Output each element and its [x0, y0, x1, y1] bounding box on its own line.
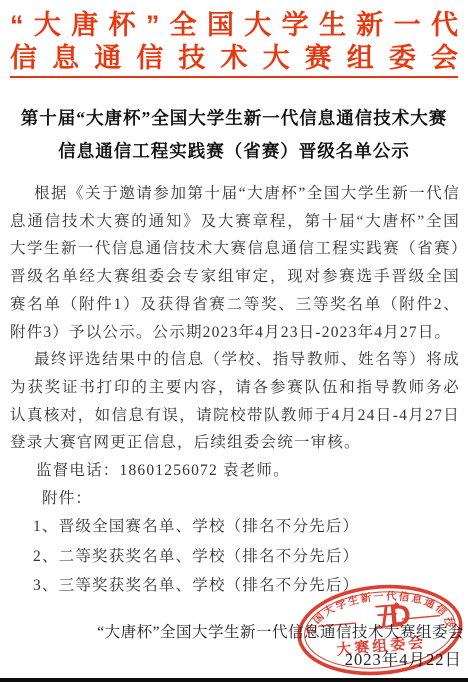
attachments-label: 附件：	[42, 485, 460, 513]
committee-letterhead: “大唐杯”全国大学生新一代 信息通信技术大赛组委会	[0, 0, 468, 78]
date-line: 2023年4月22日	[0, 648, 462, 672]
body-paragraph-2: 最终评选结果中的信息（学校、指导教师、姓名等）将成为获奖证书打印的主要内容，请各…	[10, 346, 460, 457]
document-title: 第十届“大唐杯”全国大学生新一代信息通信技术大赛 信息通信工程实践赛（省赛）晋级…	[8, 102, 460, 168]
supervision-phone-line: 监督电话：18601256072 袁老师。	[36, 457, 460, 485]
title-line-2: 信息通信工程实践赛（省赛）晋级名单公示	[8, 135, 460, 168]
title-line-1: 第十届“大唐杯”全国大学生新一代信息通信技术大赛	[8, 102, 460, 135]
announcement-page: “大唐杯”全国大学生新一代 信息通信技术大赛组委会 第十届“大唐杯”全国大学生新…	[0, 0, 468, 682]
document-body: 根据《关于邀请参加第十届“大唐杯”全国大学生新一代信息通信技术大赛的通知》及大赛…	[10, 180, 460, 600]
letterhead-divider	[10, 76, 458, 78]
letterhead-line-2: 信息通信技术大赛组委会	[10, 42, 458, 75]
seal-monogram-line-right	[402, 616, 440, 619]
page-bottom-border	[0, 678, 468, 682]
attachments-list: 1、晋级全国赛名单、学校（排名不分先后） 2、二等奖获奖名单、学校（排名不分先后…	[10, 512, 460, 600]
attachment-item-3: 3、三等奖获奖名单、学校（排名不分先后）	[33, 571, 460, 600]
letterhead-line-1: “大唐杯”全国大学生新一代	[10, 9, 458, 42]
signature-line: “大唐杯”全国大学生新一代信息通信技术大赛组委会	[0, 622, 464, 644]
attachment-item-2: 2、二等奖获奖名单、学校（排名不分先后）	[33, 542, 460, 571]
body-paragraph-1: 根据《关于邀请参加第十届“大唐杯”全国大学生新一代信息通信技术大赛的通知》及大赛…	[10, 180, 460, 346]
attachment-item-1: 1、晋级全国赛名单、学校（排名不分先后）	[33, 512, 460, 541]
